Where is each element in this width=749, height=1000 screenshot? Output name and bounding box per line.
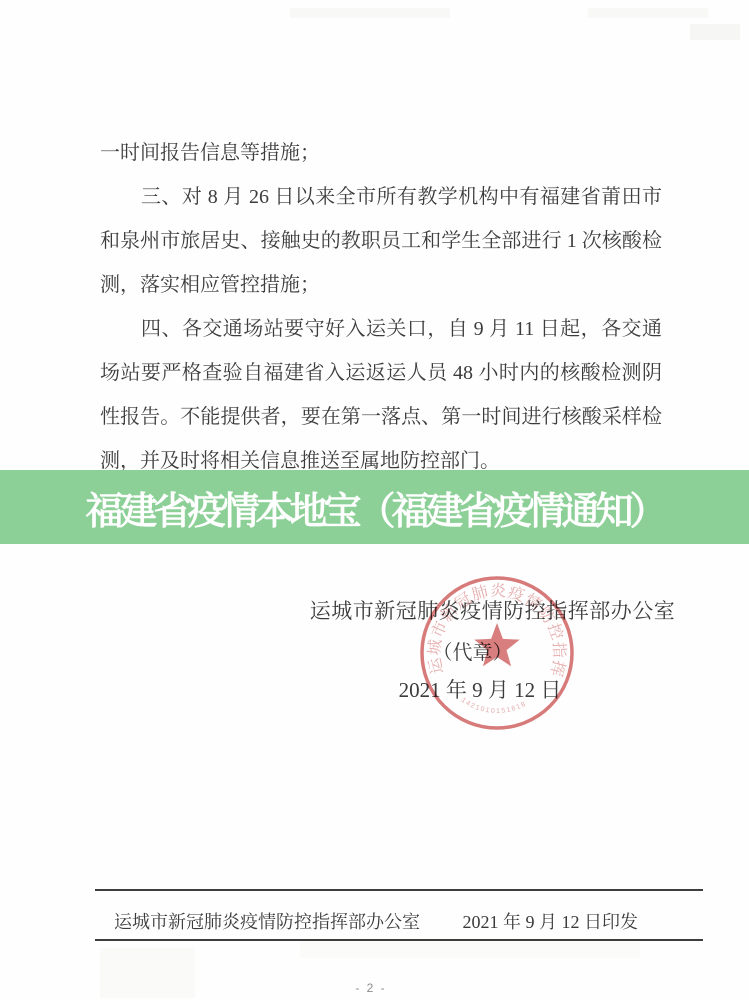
article-title: 福建省疫情本地宝（福建省疫情通知） <box>85 480 663 535</box>
scan-artifact <box>300 940 640 958</box>
document-text-line: 和泉州市旅居史、接触史的教职员工和学生全部进行 1 次核酸检 <box>100 219 662 263</box>
page-number: - 2 - <box>0 981 742 995</box>
colophon-issue-date: 2021 年 9 月 12 日印发 <box>463 908 639 934</box>
document-text-line: 三、对 8 月 26 日以来全市所有教学机构中有福建省莆田市 <box>100 175 662 219</box>
svg-text:1421010151618: 1421010151618 <box>460 697 528 715</box>
seal-ring-text: 运城市新冠肺炎疫情防控指挥部办公室 <box>418 574 569 679</box>
colophon-rule-top <box>95 889 703 891</box>
star-icon <box>474 623 520 666</box>
svg-text:运城市新冠肺炎疫情防控指挥部办公室: 运城市新冠肺炎疫情防控指挥部办公室 <box>418 574 569 679</box>
article-title-banner: 福建省疫情本地宝（福建省疫情通知） <box>0 470 749 544</box>
document-body: 一时间报告信息等措施；三、对 8 月 26 日以来全市所有教学机构中有福建省莆田… <box>100 131 662 483</box>
colophon-rule-bottom <box>95 939 703 941</box>
document-text-line: 场站要严格查验自福建省入运返运人员 48 小时内的核酸检测阴 <box>100 351 662 395</box>
scan-artifact <box>290 8 450 18</box>
document-text-line: 测，落实相应管控措施； <box>100 263 662 307</box>
scan-artifact <box>690 24 740 40</box>
document-text-line: 四、各交通场站要守好入运关口，自 9 月 11 日起，各交通 <box>100 307 662 351</box>
official-seal: 运城市新冠肺炎疫情防控指挥部办公室 1421010151618 <box>418 574 576 732</box>
seal-code: 1421010151618 <box>460 697 528 715</box>
document-text-line: 一时间报告信息等措施； <box>100 131 662 175</box>
scanned-document-page: 一时间报告信息等措施；三、对 8 月 26 日以来全市所有教学机构中有福建省莆田… <box>0 0 749 1000</box>
colophon-office: 运城市新冠肺炎疫情防控指挥部办公室 <box>114 908 420 934</box>
document-text-line: 性报告。不能提供者，要在第一落点、第一时间进行核酸采样检 <box>100 395 662 439</box>
colophon: 运城市新冠肺炎疫情防控指挥部办公室 2021 年 9 月 12 日印发 <box>114 908 638 934</box>
scan-artifact <box>588 8 708 18</box>
